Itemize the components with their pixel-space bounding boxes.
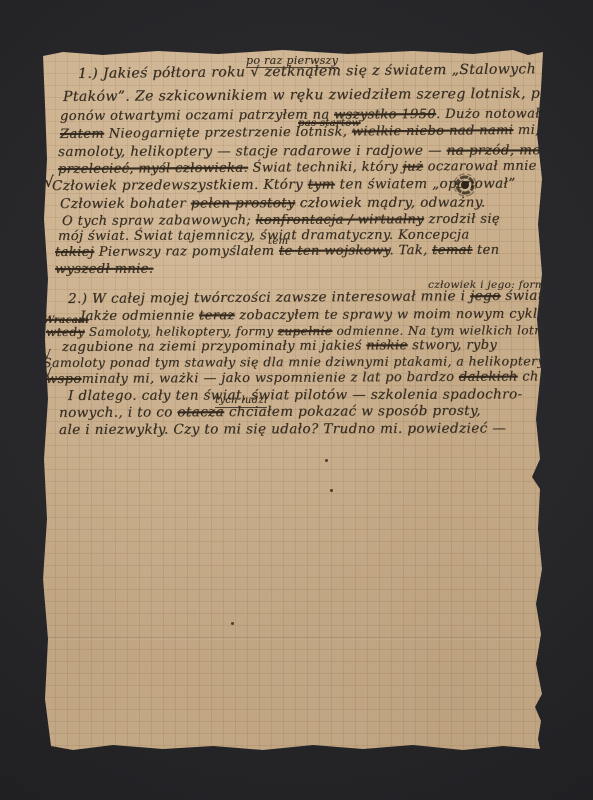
handwritten-text: mi, (513, 123, 539, 138)
manuscript-line: ale i niezwykły. Czy to mi się udało? Tr… (59, 422, 506, 437)
handwritten-text: odmienne. Na tym wielkich lotniskach (332, 323, 583, 338)
manuscript-line: wyszedł mnie. (55, 263, 153, 276)
manuscript-line: Samoloty ponad tym stawały się dla mnie … (43, 355, 545, 369)
handwritten-text: oczarował mnie (423, 159, 537, 175)
handwritten-text: Pierwszy raz pomyślałem (94, 244, 279, 260)
handwritten-text: samoloty, helikoptery — stacje radarowe … (58, 143, 447, 160)
struck-text: wtedy (46, 325, 85, 339)
manuscript-line: nowych., i to co otacza chciałem pokazać… (59, 405, 481, 421)
paper-speck (231, 622, 234, 625)
handwritten-text: ten światem „opanował” (335, 176, 516, 193)
handwritten-text: . Tak, (389, 243, 432, 258)
struck-text: temat (432, 243, 472, 258)
handwritten-text: zobaczyłem te sprawy w moim nowym cyklu. (235, 307, 551, 324)
struck-text: Zatem (60, 127, 104, 142)
struck-text: tym (308, 177, 335, 193)
manuscript-line: I dlatego. cały ten świat, świat pilotów… (68, 388, 523, 403)
handwritten-text: po raz pierwszy (246, 54, 338, 67)
paper-speck (330, 489, 333, 492)
handwritten-text: Człowiek bohater (60, 196, 191, 212)
manuscript-line: mój świat. Świat tajemniczy, świat drama… (58, 229, 470, 243)
struck-text: wyszedł mnie. (55, 262, 153, 277)
manuscript-line: 2.) W całej mojej twórczości zawsze inte… (68, 290, 548, 307)
manuscript-line: O tych spraw zabawowych; konfrontacja / … (62, 213, 500, 228)
handwritten-text: człowiek i jego: forma (428, 279, 552, 291)
margin-mark: √ (43, 349, 51, 361)
manuscript-line: Jakże odmiennie teraz zobaczyłem te spra… (80, 308, 551, 323)
handwritten-text: Świat techniki, który (248, 160, 403, 176)
photo-background: 1.) Jakieś półtora roku √ zetknąłem się … (0, 0, 593, 800)
struck-text: pas startów (298, 118, 360, 129)
handwritten-text: I dlatego. cały ten świat, świat pilotów… (68, 386, 523, 404)
handwritten-text: mój świat. Świat tajemniczy, świat drama… (58, 228, 470, 244)
manuscript-line: zagubione na ziemi przypominały mi jakie… (62, 339, 497, 354)
manuscript-line: Człowiek przedewszystkiem. Który tym ten… (52, 178, 516, 194)
handwritten-text: Samoloty, helikoptery, formy (85, 324, 278, 339)
paper-crease (43, 637, 543, 640)
struck-text: konfrontacja / wirtualny (256, 212, 424, 228)
manuscript-line: Człowiek bohater pełen prostoty człowiek… (60, 197, 486, 212)
struck-text: niskie (366, 338, 407, 353)
handwritten-text: O tych spraw zabawowych; (62, 213, 256, 229)
handwritten-text: ale i niezwykły. Czy to mi się udało? Tr… (59, 420, 506, 438)
handwritten-text: zrodził się (424, 212, 500, 227)
handwritten-text: Jakże odmiennie (80, 308, 199, 324)
struck-text: te ten wojskowy (279, 243, 390, 259)
handwritten-text: ch. (518, 369, 544, 384)
handwritten-text: ten (472, 243, 499, 258)
struck-text: przelecieć, myśl człowieka. (58, 161, 248, 177)
struck-text: wielkie niebo nad nami (352, 123, 514, 139)
handwritten-text: Człowiek przedewszystkiem. Który (52, 177, 308, 194)
handwritten-text: minały mi, ważki — jako wspomnienie z la… (82, 370, 459, 387)
manuscript-line: wspominały mi, ważki — jako wspomnienie … (46, 370, 543, 386)
struck-text: już (403, 159, 424, 174)
manuscript-line: Ptaków”. Ze szkicownikiem w ręku zwiedzi… (63, 87, 564, 104)
handwritten-text: tych ludzi (215, 395, 267, 406)
interline-note: tem (268, 237, 288, 247)
struck-text: takiej (55, 245, 94, 260)
struck-text: pełen prostoty (191, 195, 295, 211)
interline-note: po raz pierwszy (246, 55, 338, 68)
manuscript-paper: 1.) Jakieś półtora roku √ zetknąłem się … (43, 49, 543, 750)
struck-text: dalekich (459, 370, 518, 385)
margin-mark: √ (44, 367, 52, 379)
paper-speck (325, 459, 328, 462)
struck-text: na przód, można (447, 142, 566, 158)
margin-mark: √ (44, 175, 54, 190)
handwritten-text: człowiek mądry, odważny. (295, 195, 486, 212)
handwritten-text: Samoloty ponad tym stawały się dla mnie … (43, 353, 545, 370)
ink-blot-doodle (452, 173, 478, 197)
struck-text: zupełnie (278, 324, 333, 338)
manuscript-line: wtedy Samoloty, helikoptery, formy zupeł… (46, 324, 584, 338)
handwritten-text: . Dużo notowałem! (436, 106, 566, 122)
handwritten-text: 2.) W całej mojej twórczości zawsze inte… (68, 288, 470, 307)
handwritten-text: tem (268, 236, 288, 247)
handwritten-text: nowych., i to co (59, 404, 177, 421)
handwritten-text: stwory, ryby (408, 338, 498, 353)
struck-text: teraz (199, 308, 235, 323)
handwritten-text: gonów otwartymi oczami patrzyłem na (60, 108, 334, 124)
handwritten-text: Ptaków”. Ze szkicownikiem w ręku zwiedzi… (63, 86, 564, 105)
interline-note: człowiek i jego: forma (428, 280, 552, 291)
interline-note: pas startów (298, 119, 360, 129)
margin-mark: Wracam (43, 316, 89, 326)
interline-note: tych ludzi (215, 396, 267, 408)
handwritten-text: zagubione na ziemi przypominały mi jakie… (62, 338, 366, 355)
manuscript-line: samoloty, helikoptery — stacje radarowe … (58, 144, 566, 159)
